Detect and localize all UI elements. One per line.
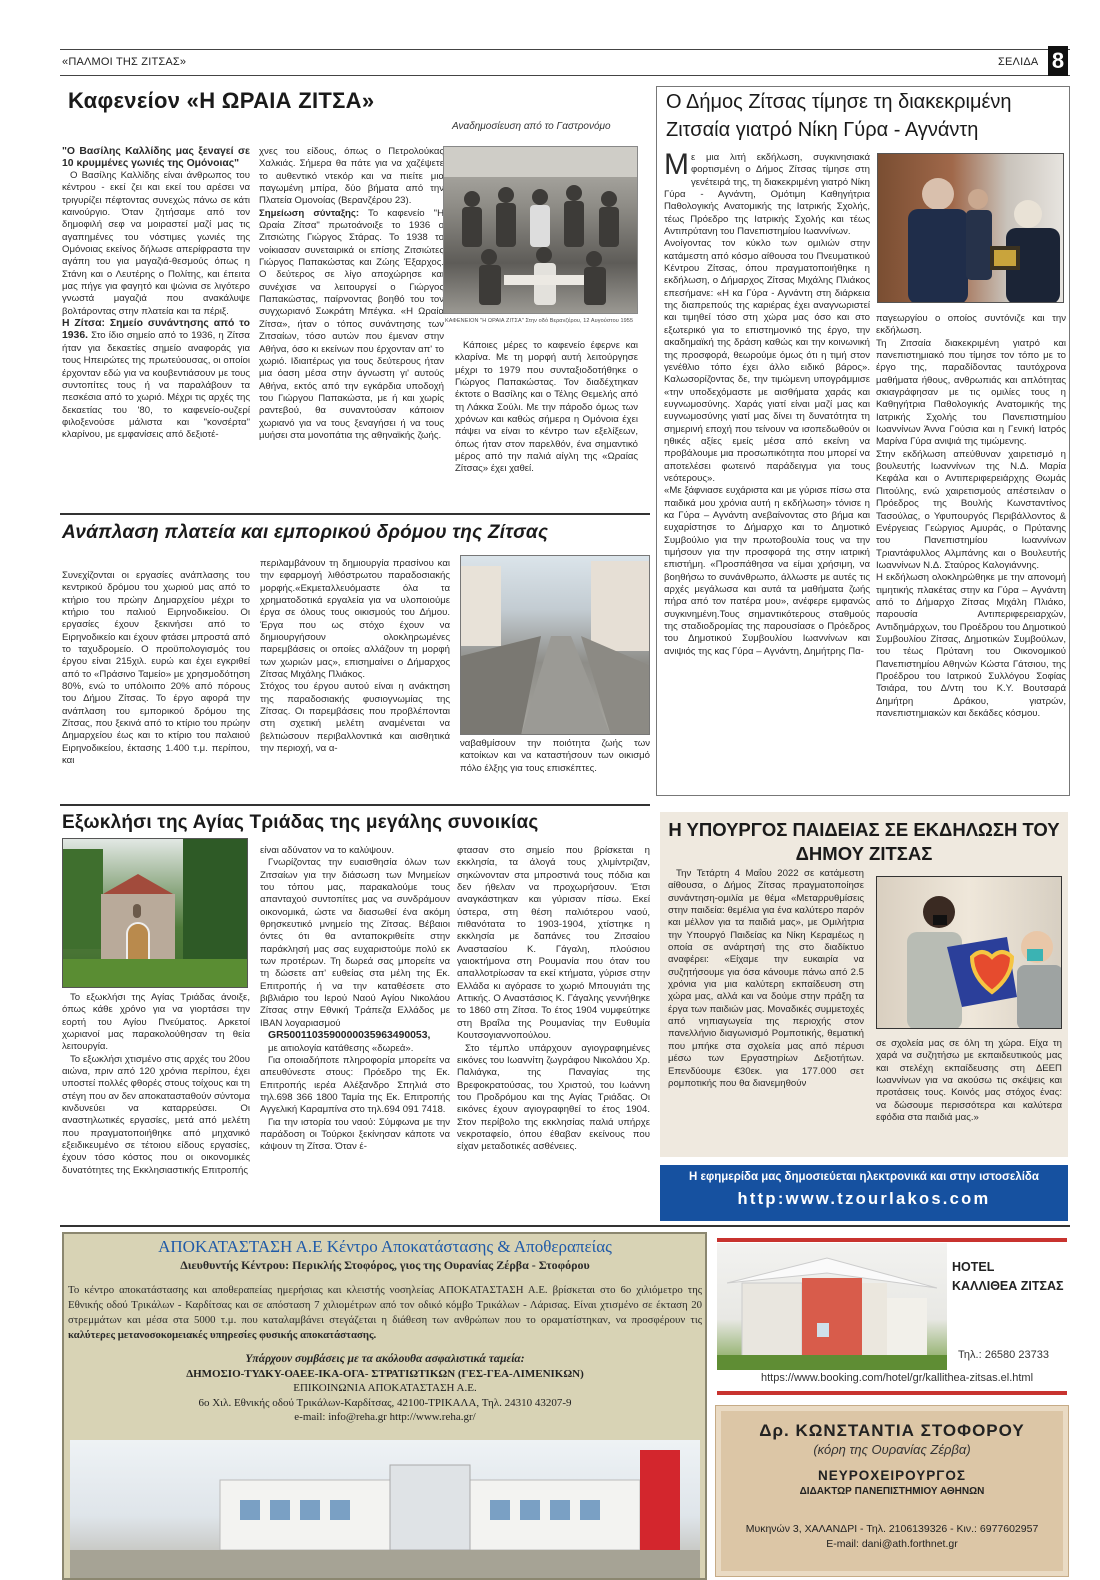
hotel-name: HOTEL ΚΑΛΛΙΘΕΑ ΖΙΤΣΑΣ	[952, 1258, 1064, 1296]
square-paragraph: Στόχος του έργου αυτού είναι η ανάκτηση …	[260, 681, 450, 755]
minister-visit-photo	[876, 876, 1062, 1029]
chapel-photo	[62, 838, 248, 988]
cafe-paragraph: Κάποιες μέρες το καφενείο έφερνε και κλα…	[455, 340, 638, 476]
chapel-paragraph: με αιτιολογία κατάθεσης «δωρεά».	[260, 1043, 450, 1055]
chapel-col-1: Το εξωκλήσι της Αγίας Τριάδας άνοιξε, όπ…	[62, 992, 250, 1177]
building-photo-icon	[70, 1440, 700, 1578]
rehab-ad-title: ΑΠΟΚΑΤΑΣΤΑΣΗ Α.Ε Κέντρο Αποκατάστασης & …	[70, 1237, 700, 1257]
drop-cap: Μ	[664, 153, 689, 177]
doctor-paragraph: ε μια λιτή εκδήλωση, συγκινησιακά φορτισ…	[664, 152, 870, 237]
insurance-heading: Υπάρχουν συμβάσεις με τα ακόλουθα ασφαλι…	[70, 1352, 700, 1367]
iban-number: GR5001103590000035963490053,	[260, 1030, 450, 1042]
chapel-photo-icon	[63, 839, 248, 988]
doctor-col-1: Με μια λιτή εκδήλωση, συγκινησιακά φορτι…	[664, 152, 870, 658]
square-paragraph: Συνεχίζονται οι εργασίες ανάπλασης του κ…	[62, 570, 250, 768]
minister-paragraph: Την Τετάρτη 4 Μαΐου 2022 σε κατάμεστη αί…	[668, 868, 864, 1090]
hotel-title: ΚΑΛΛΙΘΕΑ ΖΙΤΣΑΣ	[952, 1277, 1064, 1296]
minister-article-title: Η ΥΠΟΥΡΓΟΣ ΠΑΙΔΕΙΑΣ ΣΕ ΕΚΔΗΛΩΣΗ ΤΟΥ ΔΗΜΟ…	[668, 818, 1060, 866]
children-drawing-photo-icon	[877, 877, 1062, 1029]
website-url-link[interactable]: http:www.tzourlakos.com	[660, 1190, 1068, 1209]
cafe-historic-photo	[443, 146, 638, 314]
insurance-funds: ΔΗΜΟΣΙΟ-ΤΥΔΚΥ-ΟΑΕΕ-ΙΚΑ-ΟΓΑ- ΣΤΡΑΤΙΩΤΙΚΩΝ…	[70, 1367, 700, 1382]
chapel-col-2: είναι αδύνατον να το καλύψουν. Γνωρίζοντ…	[260, 845, 450, 1154]
rehab-building-photo	[70, 1440, 700, 1578]
doctor-article-title: Ο Δήμος Ζίτσας τίμησε τη διακεκριμένη Ζι…	[666, 88, 1066, 144]
rehab-ad-contact: Υπάρχουν συμβάσεις με τα ακόλουθα ασφαλι…	[70, 1352, 700, 1425]
chapel-paragraph: φτασαν στο σημείο που βρίσκεται η εκκλησ…	[457, 845, 650, 1043]
square-col-3: ναβαθμίσουν την ποιότητα ζωής των κατοίκ…	[460, 738, 650, 775]
doctor-paragraph: Στην εκδήλωση απεύθυναν χαιρετισμό η βου…	[876, 449, 1066, 572]
doctor-col-2: παγεωργίου ο οποίος συντόνιζε και την εκ…	[876, 313, 1066, 720]
page-number: 8	[1048, 46, 1068, 76]
cafe-article-title: Καφενείον «Η ΩΡΑΙΑ ΖΙΤΣΑ»	[68, 88, 374, 114]
cafe-paragraph: Ο Βασίλης Καλλίδης είναι άνθρωπος του κέ…	[62, 170, 250, 318]
doctor-paragraph: Η εκδήλωση ολοκληρώθηκε με την απονομή τ…	[876, 572, 1066, 720]
cafe-article-source: Αναδημοσίευση από το Γαστρονόμο	[452, 121, 611, 132]
contact-heading: ΕΠΙΚΟΙΝΩΝΙΑ ΑΠΟΚΑΤΑΣΤΑΣΗ Α.Ε.	[70, 1381, 700, 1396]
doctor-ad-specialty: ΝΕΥΡΟΧΕΙΡΟΥΡΓΟΣ	[716, 1468, 1068, 1483]
doctor-paragraph: παγεωργίου ο οποίος συντόνιζε και την εκ…	[876, 313, 1066, 338]
hotel-phone: Τηλ.: 26580 23733	[958, 1349, 1049, 1361]
website-banner: Η εφημερίδα μας δημοσιεύεται ηλεκτρονικά…	[660, 1165, 1068, 1221]
award-photo-icon	[878, 154, 1064, 303]
cafe-lead-heading: "Ο Βασίλης Καλλίδης μας ξεναγεί σε 10 κρ…	[62, 146, 250, 170]
hotel-ad-top-rule	[717, 1238, 1067, 1242]
renovated-street-photo	[460, 555, 650, 735]
square-paragraph: περιλαμβάνουν τη δημιουργία πρασίνου και…	[260, 558, 450, 681]
chapel-paragraph: είναι αδύνατον να το καλύψουν.	[260, 845, 450, 857]
rehab-web-links[interactable]: e-mail: info@reha.gr http://www.reha.gr/	[70, 1410, 700, 1425]
cafe-photo-caption: ΚΑΦΕΝΕΙΟΝ "Η ΩΡΑΙΑ ΖΙΤΣΑ" Στην οδό Βεραν…	[445, 318, 640, 324]
chapel-col-3: φτασαν στο σημείο που βρίσκεται η εκκλησ…	[457, 845, 650, 1154]
hotel-label: HOTEL	[952, 1258, 1064, 1277]
rehab-ad-highlight: καλύτερες μετανοσοκομειακές υπηρεσίες φυ…	[68, 1329, 376, 1341]
hotel-ad-bottom-rule	[717, 1391, 1067, 1395]
hotel-photo-icon	[717, 1243, 947, 1370]
doctor-paragraph: «Με ξάφνιασε ευχάριστα και με γύρισε πίσ…	[664, 485, 870, 658]
publication-name: «ΠΑΛΜΟΙ ΤΗΣ ΖΙΤΣΑΣ»	[62, 56, 186, 68]
hotel-building-photo	[717, 1243, 947, 1370]
people-photo-icon	[444, 147, 638, 314]
cafe-paragraph: χνες του είδους, όπως ο Πετρολούκας Χαλκ…	[259, 146, 444, 208]
editor-note-label: Σημείωση σύνταξης:	[259, 208, 359, 219]
chapel-paragraph: Για οποιαδήποτε πληροφορία μπορείτε να α…	[260, 1055, 450, 1117]
rehab-ad-director: Διευθυντής Κέντρου: Περικλής Στοφόρος, γ…	[70, 1258, 700, 1273]
rehab-address: 6ο Χιλ. Εθνικής οδού Τρικάλων-Καρδίτσας,…	[70, 1396, 700, 1411]
square-col-2: περιλαμβάνουν τη δημιουργία πρασίνου και…	[260, 558, 450, 756]
minister-col-1: Την Τετάρτη 4 Μαΐου 2022 σε κατάμεστη αί…	[668, 868, 864, 1090]
cafe-col-1: "Ο Βασίλης Καλλίδης μας ξεναγεί σε 10 κρ…	[62, 146, 250, 442]
chapel-article-title: Εξωκλήσι της Αγίας Τριάδας της μεγάλης σ…	[62, 812, 538, 834]
doctor-paragraph: Ανοίγοντας τον κύκλο των ομιλιών στην κα…	[664, 238, 870, 485]
street-photo-icon	[461, 556, 650, 735]
chapel-paragraph: Το εξωκλήσι της Αγίας Τριάδας άνοιξε, όπ…	[62, 992, 250, 1054]
chapel-paragraph: Στο τέμπλο υπάρχουν αγιογραφημένες εικόν…	[457, 1043, 650, 1154]
doctor-ad-name: Δρ. ΚΩΝΣΤΑΝΤΙΑ ΣΤΟΦΟΡΟΥ	[716, 1421, 1068, 1441]
square-article-title: Ανάπλαση πλατεία και εμπορικού δρόμου τη…	[62, 522, 548, 544]
cafe-col-3: Κάποιες μέρες το καφενείο έφερνε και κλα…	[455, 340, 638, 476]
doctor-paragraph: Τη Ζιτσαία διακεκριμένη γιατρό και πανεπ…	[876, 338, 1066, 449]
editor-note: Το καφενείο "Η Ωραία Ζίτσα" πρωτοάνοιξε …	[259, 208, 444, 441]
hotel-booking-link[interactable]: https://www.booking.com/hotel/gr/kallith…	[732, 1372, 1062, 1384]
cafe-paragraph: Στο ίδιο σημείο από το 1936, η Ζίτσα ήτα…	[62, 330, 250, 440]
square-paragraph: ναβαθμίσουν την ποιότητα ζωής των κατοίκ…	[460, 738, 650, 775]
minister-paragraph: σε σχολεία μας σε όλη τη χώρα. Είχα τη χ…	[876, 1038, 1062, 1124]
website-banner-text: Η εφημερίδα μας δημοσιεύεται ηλεκτρονικά…	[660, 1171, 1068, 1183]
award-ceremony-photo	[877, 153, 1064, 303]
rehab-ad-description: Το κέντρο αποκατάστασης και αποθεραπείας…	[68, 1284, 702, 1326]
minister-col-2: σε σχολεία μας σε όλη τη χώρα. Είχα τη χ…	[876, 1038, 1062, 1124]
chapel-paragraph: Γνωρίζοντας την ευαισθησία όλων των Ζιτσ…	[260, 857, 450, 1030]
chapel-paragraph: Το εξωκλήσι χτισμένο στις αρχές του 20ου…	[62, 1054, 250, 1177]
doctor-ad-relation: (κόρη της Ουρανίας Ζέρβα)	[716, 1442, 1068, 1457]
doctor-ad-address: Μυκηνών 3, ΧΑΛΑΝΔΡΙ - Τηλ. 2106139326 - …	[716, 1523, 1068, 1535]
square-col-1: Συνεχίζονται οι εργασίες ανάπλασης του κ…	[62, 570, 250, 768]
doctor-ad-email[interactable]: E-mail: dani@ath.forthnet.gr	[716, 1538, 1068, 1550]
chapel-paragraph: Για την ιστορία του ναού: Σύμφωνα με την…	[260, 1117, 450, 1154]
page-label: ΣΕΛΙΔΑ	[998, 56, 1038, 68]
doctor-ad-degree: ΔΙΔΑΚΤΩΡ ΠΑΝΕΠΙΣΤΗΜΙΟΥ ΑΘΗΝΩΝ	[716, 1486, 1068, 1497]
cafe-col-2: χνες του είδους, όπως ο Πετρολούκας Χαλκ…	[259, 146, 444, 442]
rehab-ad-body: Το κέντρο αποκατάστασης και αποθεραπείας…	[68, 1283, 702, 1343]
